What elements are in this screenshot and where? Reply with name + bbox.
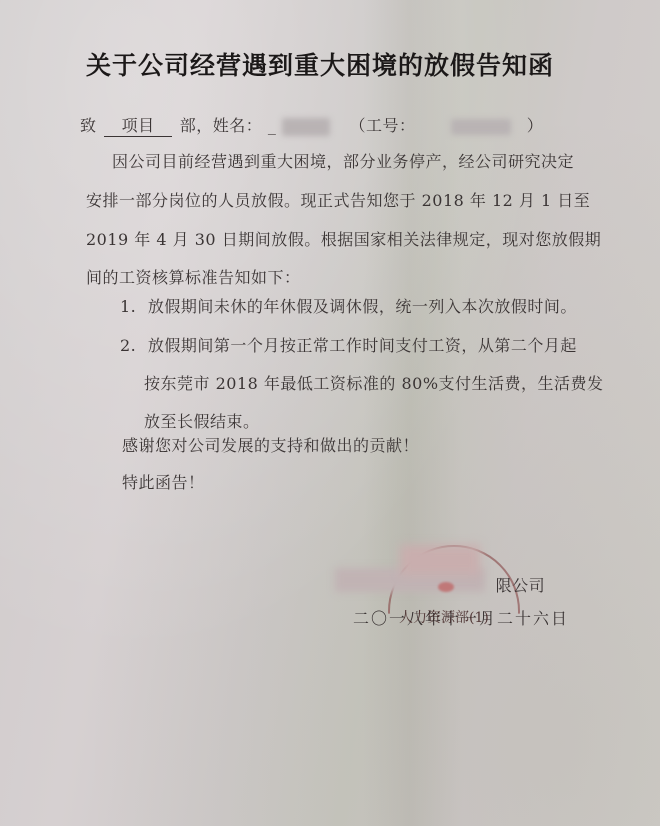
list-text-continued: 按东莞市 2018 年最低工资标准的 80%支付生活费，生活费发 <box>144 371 604 394</box>
company-suffix: 限公司 <box>496 576 546 595</box>
signature-company: 限公司 <box>340 573 545 596</box>
employee-id-label: （工号： <box>350 116 416 135</box>
addressee-line: 致 项目 部，姓名： _ （工号： ） <box>80 113 543 137</box>
addressee-suffix: 部，姓名： <box>180 116 263 135</box>
redacted-employee-id <box>451 119 511 135</box>
paragraph-line: 安排一部分岗位的人员放假。现正式告知您于 2018 年 12 月 1 日至 <box>86 188 590 211</box>
redacted-name <box>282 118 330 136</box>
list-number: 1. <box>120 297 136 316</box>
name-placeholder: _ <box>268 116 277 135</box>
paragraph-line: 间的工资核算标准告知如下： <box>86 265 301 288</box>
list-text-continued: 放至长假结束。 <box>144 409 260 432</box>
addressee-prefix: 致 <box>80 116 97 135</box>
list-item: 1. 放假期间未休的年休假及调休假，统一列入本次放假时间。 <box>120 294 577 317</box>
redacted-stamp-top <box>400 545 480 575</box>
employee-id-close: ） <box>527 116 544 135</box>
list-item: 2. 放假期间第一个月按正常工作时间支付工资，从第二个月起 <box>120 333 577 356</box>
list-text: 放假期间第一个月按正常工作时间支付工资，从第二个月起 <box>148 336 577 355</box>
paragraph-line: 2019 年 4 月 30 日期间放假。根据国家相关法律规定，现对您放假期 <box>86 227 601 250</box>
list-text: 放假期间未休的年休假及调休假，统一列入本次放假时间。 <box>148 297 577 316</box>
closing-line: 特此函告！ <box>122 470 205 493</box>
paragraph-line: 因公司目前经营遇到重大困境，部分业务停产，经公司研究决定 <box>112 149 574 172</box>
department-field: 项目 <box>104 113 172 137</box>
document-title: 关于公司经营遇到重大困境的放假告知函 <box>86 46 586 82</box>
stamp-text: 人力资源部(1) <box>399 607 489 627</box>
thanks-line: 感谢您对公司发展的支持和做出的贡献！ <box>122 433 419 456</box>
list-number: 2. <box>120 336 136 355</box>
